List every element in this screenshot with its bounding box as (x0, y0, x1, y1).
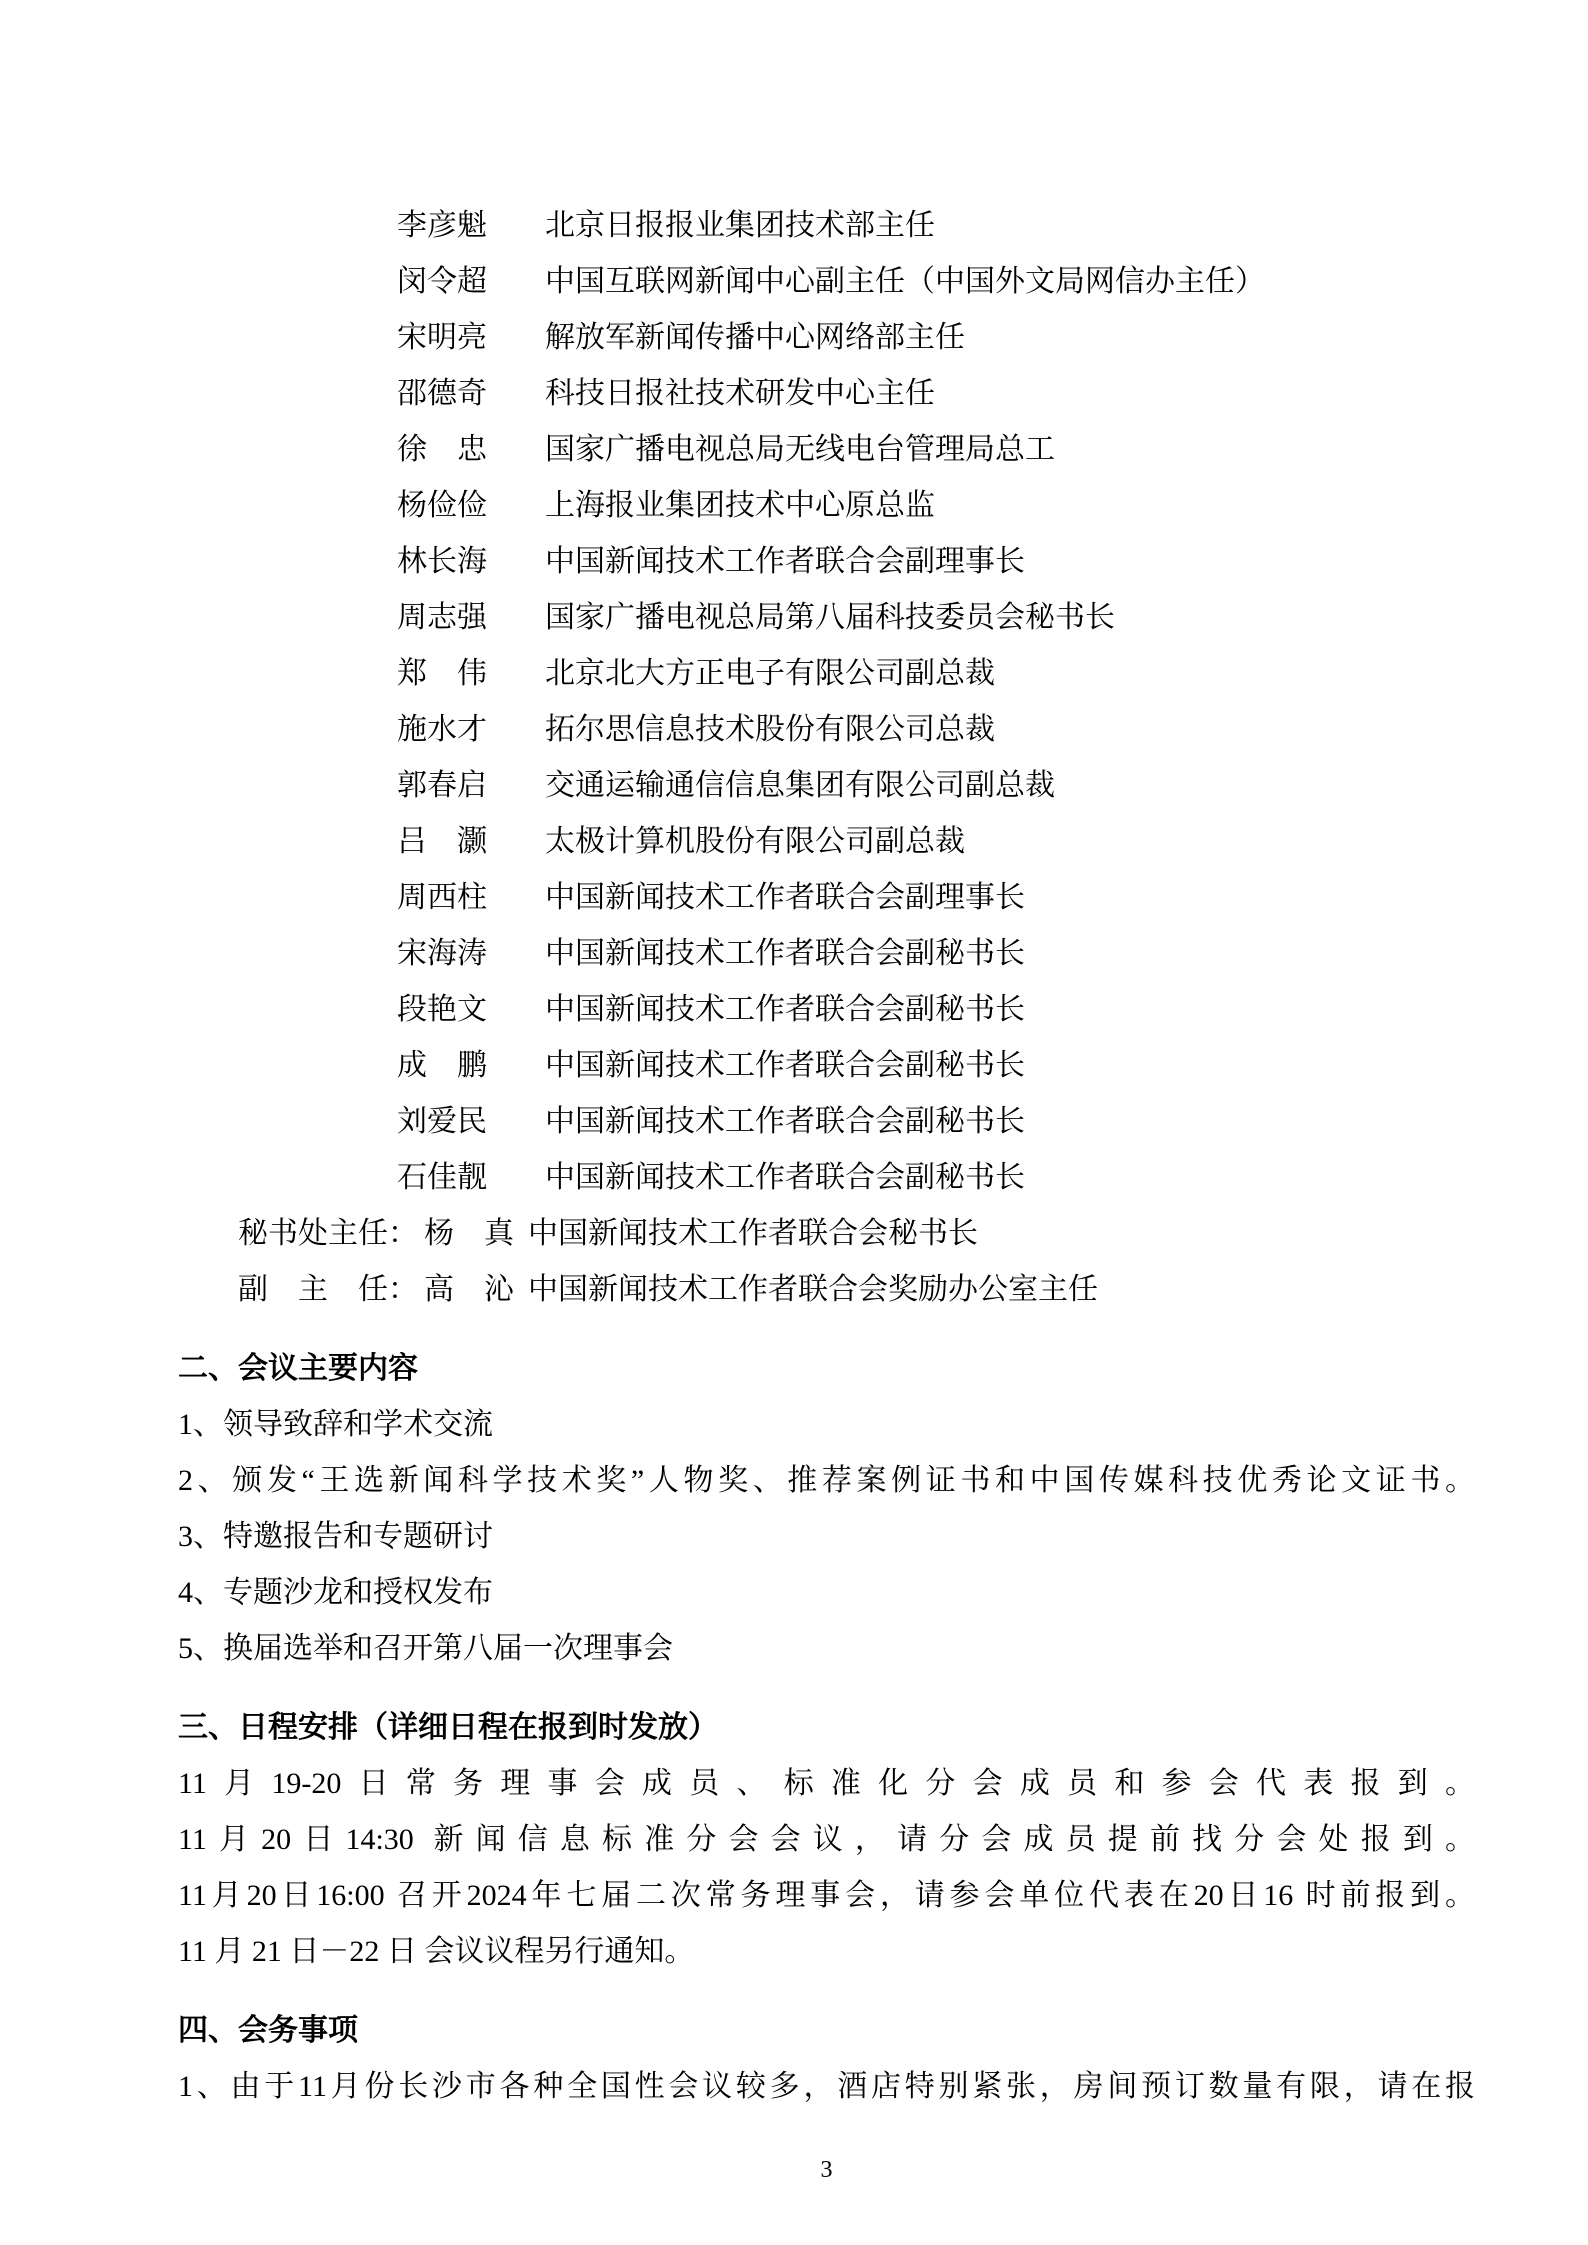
member-row: 成 鹏中国新闻技术工作者联合会副秘书长 (178, 1038, 1475, 1094)
member-row: 郭春启交通运输通信信息集团有限公司副总裁 (178, 758, 1475, 814)
member-title: 科技日报社技术研发中心主任 (545, 377, 935, 410)
schedule-item: 11月19-20日常务理事会成员、标准化分会成员和参会代表报到。 (178, 1756, 1475, 1812)
member-name: 林长海 (397, 534, 545, 590)
schedule-item: 11月20日14:30 新闻信息标准分会会议，请分会成员提前找分会处报到。 (178, 1812, 1475, 1868)
member-name: 郭春启 (397, 758, 545, 814)
section-schedule-heading: 三、日程安排（详细日程在报到时发放） (178, 1700, 1475, 1756)
secretariat-role-label: 副 主 任： (238, 1262, 418, 1318)
member-name: 周志强 (397, 590, 545, 646)
page-number: 3 (178, 2155, 1475, 2185)
member-title: 中国新闻技术工作者联合会副秘书长 (545, 1161, 1025, 1194)
secretariat-row: 秘书处主任：杨 真中国新闻技术工作者联合会秘书长 (178, 1206, 1475, 1262)
member-title: 国家广播电视总局第八届科技委员会秘书长 (545, 601, 1115, 634)
member-name: 郑 伟 (397, 646, 545, 702)
secretariat-person-title: 中国新闻技术工作者联合会秘书长 (528, 1217, 978, 1250)
member-title: 中国新闻技术工作者联合会副秘书长 (545, 993, 1025, 1026)
member-name: 宋明亮 (397, 310, 545, 366)
member-row: 徐 忠国家广播电视总局无线电台管理局总工 (178, 422, 1475, 478)
secretariat-person-name: 杨 真 (424, 1206, 514, 1262)
member-name: 周西柱 (397, 870, 545, 926)
member-row: 林长海中国新闻技术工作者联合会副理事长 (178, 534, 1475, 590)
member-row: 刘爱民中国新闻技术工作者联合会副秘书长 (178, 1094, 1475, 1150)
member-row: 郑 伟北京北大方正电子有限公司副总裁 (178, 646, 1475, 702)
secretariat-list: 秘书处主任：杨 真中国新闻技术工作者联合会秘书长 副 主 任：高 沁中国新闻技术… (178, 1206, 1475, 1318)
schedule-item: 11 月 21 日－22 日 会议议程另行通知。 (178, 1924, 1475, 1980)
member-name: 杨俭俭 (397, 478, 545, 534)
schedule-item: 11月20日16:00 召开2024年七届二次常务理事会，请参会单位代表在20日… (178, 1868, 1475, 1924)
member-name: 李彦魁 (397, 198, 545, 254)
member-title: 中国新闻技术工作者联合会副秘书长 (545, 937, 1025, 970)
secretariat-row: 副 主 任：高 沁中国新闻技术工作者联合会奖励办公室主任 (178, 1262, 1475, 1318)
member-row: 李彦魁北京日报报业集团技术部主任 (178, 198, 1475, 254)
committee-member-list: 李彦魁北京日报报业集团技术部主任 闵令超中国互联网新闻中心副主任（中国外文局网信… (178, 198, 1475, 1206)
section-schedule-items: 11月19-20日常务理事会成员、标准化分会成员和参会代表报到。 11月20日1… (178, 1756, 1475, 1980)
member-name: 石佳靓 (397, 1150, 545, 1206)
section-logistics: 四、会务事项 1、由于11月份长沙市各种全国性会议较多，酒店特别紧张，房间预订数… (178, 2003, 1475, 2115)
member-name: 吕 灏 (397, 814, 545, 870)
logistics-item: 1、由于11月份长沙市各种全国性会议较多，酒店特别紧张，房间预订数量有限，请在报 (178, 2059, 1475, 2115)
member-name: 刘爱民 (397, 1094, 545, 1150)
secretariat-person-title: 中国新闻技术工作者联合会奖励办公室主任 (528, 1273, 1098, 1306)
member-row: 施水才拓尔思信息技术股份有限公司总裁 (178, 702, 1475, 758)
member-row: 吕 灏太极计算机股份有限公司副总裁 (178, 814, 1475, 870)
member-row: 段艳文中国新闻技术工作者联合会副秘书长 (178, 982, 1475, 1038)
member-row: 闵令超中国互联网新闻中心副主任（中国外文局网信办主任） (178, 254, 1475, 310)
member-name: 成 鹏 (397, 1038, 545, 1094)
content-item: 1、领导致辞和学术交流 (178, 1397, 1475, 1453)
member-row: 杨俭俭上海报业集团技术中心原总监 (178, 478, 1475, 534)
member-title: 解放军新闻传播中心网络部主任 (545, 321, 965, 354)
member-row: 周志强国家广播电视总局第八届科技委员会秘书长 (178, 590, 1475, 646)
member-name: 徐 忠 (397, 422, 545, 478)
content-item: 2、颁发“王选新闻科学技术奖”人物奖、推荐案例证书和中国传媒科技优秀论文证书。 (178, 1453, 1475, 1509)
member-row: 邵德奇科技日报社技术研发中心主任 (178, 366, 1475, 422)
content-item: 5、换届选举和召开第八届一次理事会 (178, 1621, 1475, 1677)
member-title: 拓尔思信息技术股份有限公司总裁 (545, 713, 995, 746)
member-name: 邵德奇 (397, 366, 545, 422)
member-row: 宋海涛中国新闻技术工作者联合会副秘书长 (178, 926, 1475, 982)
member-title: 太极计算机股份有限公司副总裁 (545, 825, 965, 858)
member-row: 石佳靓中国新闻技术工作者联合会副秘书长 (178, 1150, 1475, 1206)
section-meeting-content: 二、会议主要内容 1、领导致辞和学术交流 2、颁发“王选新闻科学技术奖”人物奖、… (178, 1341, 1475, 1677)
member-name: 闵令超 (397, 254, 545, 310)
member-title: 中国新闻技术工作者联合会副理事长 (545, 881, 1025, 914)
member-name: 段艳文 (397, 982, 545, 1038)
member-title: 中国互联网新闻中心副主任（中国外文局网信办主任） (545, 265, 1265, 298)
document-page: 李彦魁北京日报报业集团技术部主任 闵令超中国互联网新闻中心副主任（中国外文局网信… (0, 0, 1588, 2245)
content-item: 4、专题沙龙和授权发布 (178, 1565, 1475, 1621)
content-item: 3、特邀报告和专题研讨 (178, 1509, 1475, 1565)
member-title: 上海报业集团技术中心原总监 (545, 489, 935, 522)
member-title: 北京北大方正电子有限公司副总裁 (545, 657, 995, 690)
member-title: 国家广播电视总局无线电台管理局总工 (545, 433, 1055, 466)
section-meeting-content-items: 1、领导致辞和学术交流 2、颁发“王选新闻科学技术奖”人物奖、推荐案例证书和中国… (178, 1397, 1475, 1677)
section-logistics-items: 1、由于11月份长沙市各种全国性会议较多，酒店特别紧张，房间预订数量有限，请在报 (178, 2059, 1475, 2115)
secretariat-role-label: 秘书处主任： (238, 1206, 418, 1262)
member-title: 中国新闻技术工作者联合会副秘书长 (545, 1105, 1025, 1138)
member-title: 交通运输通信信息集团有限公司副总裁 (545, 769, 1055, 802)
secretariat-person-name: 高 沁 (424, 1262, 514, 1318)
member-row: 周西柱中国新闻技术工作者联合会副理事长 (178, 870, 1475, 926)
member-name: 宋海涛 (397, 926, 545, 982)
member-title: 中国新闻技术工作者联合会副秘书长 (545, 1049, 1025, 1082)
section-logistics-heading: 四、会务事项 (178, 2003, 1475, 2059)
section-meeting-content-heading: 二、会议主要内容 (178, 1341, 1475, 1397)
member-name: 施水才 (397, 702, 545, 758)
section-schedule: 三、日程安排（详细日程在报到时发放） 11月19-20日常务理事会成员、标准化分… (178, 1700, 1475, 1980)
member-title: 北京日报报业集团技术部主任 (545, 209, 935, 242)
member-row: 宋明亮解放军新闻传播中心网络部主任 (178, 310, 1475, 366)
member-title: 中国新闻技术工作者联合会副理事长 (545, 545, 1025, 578)
